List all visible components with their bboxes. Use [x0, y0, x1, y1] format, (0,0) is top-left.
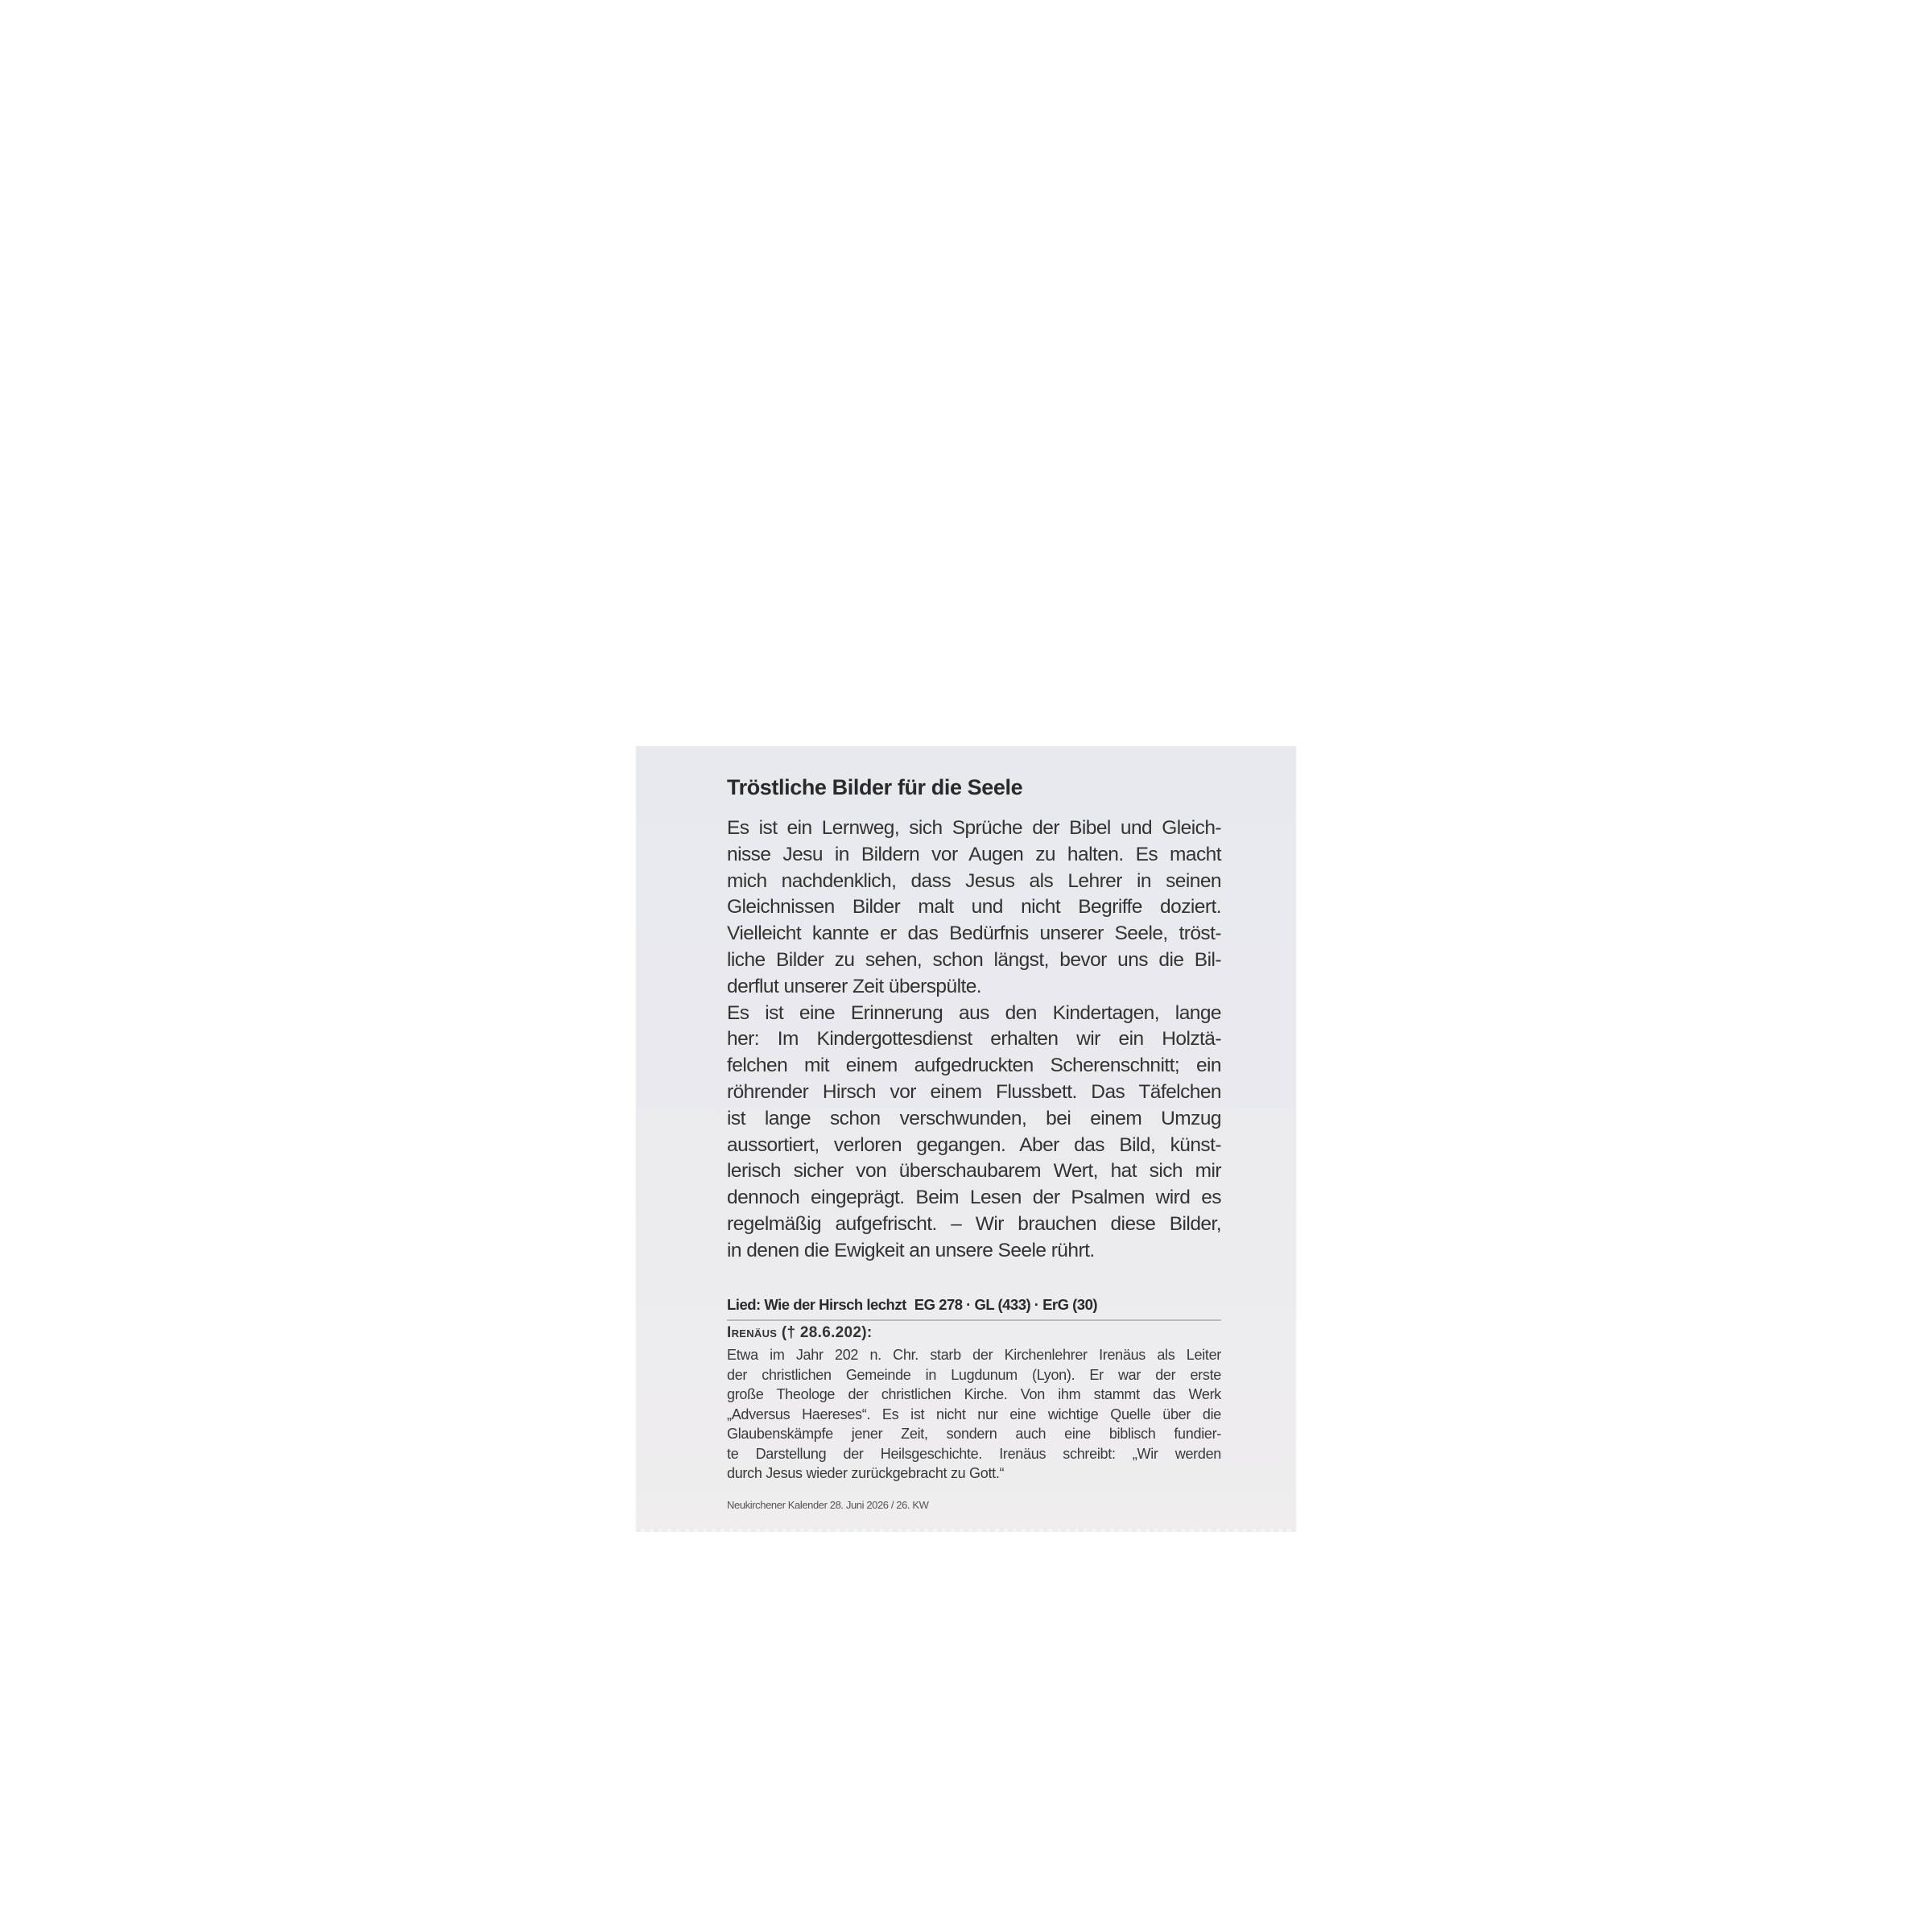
text-line: röhrender Hirsch vor einem Flussbett. Da…	[727, 1080, 1221, 1106]
saint-text: Etwa im Jahr 202 n. Chr. starb der Kirch…	[727, 1345, 1221, 1484]
song-reference: Lied: Wie der Hirsch lechztEG 278 · GL (…	[727, 1296, 1221, 1314]
text-line: aussortiert, verloren gegangen. Aber das…	[727, 1133, 1221, 1159]
saint-line: „Adversus Haereses“. Es ist nicht nur ei…	[727, 1405, 1221, 1425]
saint-line: Glaubenskämpfe jener Zeit, sondern auch …	[727, 1424, 1221, 1444]
page-title: Tröstliche Bilder für die Seele	[727, 775, 1022, 800]
text-line: her: Im Kindergottesdienst erhalten wir …	[727, 1026, 1221, 1053]
calendar-footer: Neukirchener Kalender 28. Juni 2026 / 26…	[727, 1499, 929, 1511]
text-line: nisse Jesu in Bildern vor Augen zu halte…	[727, 842, 1221, 869]
saint-line: te Darstellung der Heilsgeschichte. Iren…	[727, 1444, 1221, 1464]
calendar-page-card: Tröstliche Bilder für die Seele Es ist e…	[636, 746, 1296, 1529]
text-line: liche Bilder zu sehen, schon längst, bev…	[727, 947, 1221, 974]
saint-line: der christlichen Gemeinde in Lugdunum (L…	[727, 1365, 1221, 1385]
text-line: in denen die Ewigkeit an unsere Seele rü…	[727, 1238, 1221, 1265]
text-line: regelmäßig aufgefrischt. – Wir brauchen …	[727, 1212, 1221, 1238]
text-line: derflut unserer Zeit überspülte.	[727, 974, 1221, 1001]
saint-line: große Theologe der christlichen Kirche. …	[727, 1385, 1221, 1405]
saint-line: Etwa im Jahr 202 n. Chr. starb der Kirch…	[727, 1345, 1221, 1365]
saint-line: durch Jesus wieder zurückgebracht zu Got…	[727, 1463, 1221, 1484]
divider	[727, 1319, 1221, 1321]
text-line: Vielleicht kannte er das Bedürfnis unser…	[727, 921, 1221, 947]
song-label: Lied: Wie der Hirsch lechzt	[727, 1296, 906, 1313]
saint-heading: Irenäus († 28.6.202):	[727, 1324, 873, 1342]
text-line: Es ist eine Erinnerung aus den Kindertag…	[727, 1001, 1221, 1027]
text-line: lerisch sicher von überschaubarem Wert, …	[727, 1158, 1221, 1185]
text-line: Es ist ein Lernweg, sich Sprüche der Bib…	[727, 815, 1221, 842]
meditation-text: Es ist ein Lernweg, sich Sprüche der Bib…	[727, 815, 1221, 1265]
text-line: Gleichnissen Bilder malt und nicht Begri…	[727, 894, 1221, 921]
text-line: ist lange schon verschwunden, bei einem …	[727, 1106, 1221, 1133]
hymnal-refs: EG 278 · GL (433) · ErG (30)	[914, 1296, 1097, 1313]
text-line: mich nachdenklich, dass Jesus als Lehrer…	[727, 869, 1221, 895]
text-line: felchen mit einem aufgedruckten Scherens…	[727, 1053, 1221, 1080]
text-line: dennoch eingeprägt. Beim Lesen der Psalm…	[727, 1185, 1221, 1212]
